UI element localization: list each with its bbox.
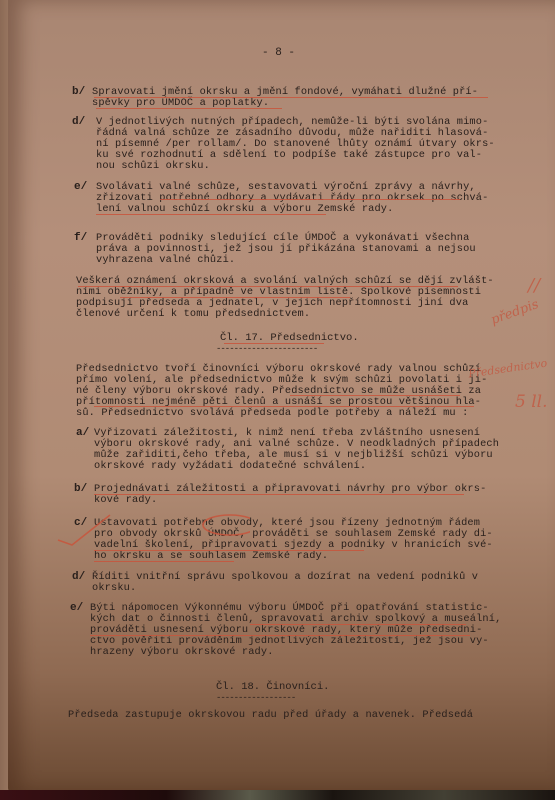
item-line: práva a povinnosti, jež jsou jí přikázán… xyxy=(96,244,476,255)
paragraph-line: Veškerá oznámení okrsková a svolání valn… xyxy=(76,276,494,287)
paragraph-line: přímo volení, ale předsednictvo může k s… xyxy=(76,375,487,386)
item-line: řádná valná schůze ze zásadního důvodu, … xyxy=(96,128,488,139)
item-label: e/ xyxy=(70,602,83,614)
item-line: kých dat o činnosti členů, spravovati ar… xyxy=(90,614,501,625)
margin-annotation: 5 ll. xyxy=(515,392,548,412)
item-line: Svolávati valné schůze, sestavovati výro… xyxy=(96,182,476,193)
item-line: okrskové rady vyžádati dodatečné schvále… xyxy=(94,461,366,472)
section-heading: Čl. 18. Činovníci. xyxy=(216,681,329,693)
item-label: a/ xyxy=(76,427,89,439)
item-line: spěvky pro ÚMDOČ a poplatky. xyxy=(92,98,269,109)
red-underline xyxy=(94,406,474,407)
red-underline xyxy=(96,108,282,109)
red-underline xyxy=(78,286,458,287)
item-line: Vyřizovati záležitosti, k nimž není třeb… xyxy=(94,428,480,439)
red-underline xyxy=(94,97,488,98)
item-line: kové rady. xyxy=(94,495,157,506)
red-circle-and-checkmark xyxy=(50,505,250,555)
item-label: d/ xyxy=(72,116,85,128)
paragraph-line: Předsednictvo tvoří činovníci výboru okr… xyxy=(76,364,481,375)
item-line: lení valnou schůzí okrsku a výboru Zemsk… xyxy=(96,204,393,215)
item-line: Prováděti podniky sledující cíle ÚMDOČ a… xyxy=(96,233,469,244)
background-below-page xyxy=(0,790,555,800)
item-line: V jednotlivých nutných případech, nemůže… xyxy=(96,117,488,128)
item-line: Projednávati záležitosti a připravovati … xyxy=(94,484,486,495)
item-line: prováděti usnesení výboru okrskové rady,… xyxy=(90,625,482,636)
item-line: okrsku. xyxy=(92,583,136,594)
margin-annotation: // xyxy=(528,275,540,296)
item-label: b/ xyxy=(72,86,85,98)
item-line: ctvo pověřiti prováděním jednotlivých zá… xyxy=(90,636,489,647)
item-line: nou schůzi okrsku. xyxy=(96,161,210,172)
red-underline xyxy=(120,297,350,298)
red-underline xyxy=(250,624,466,625)
item-line: může zařiditi,čeho třeba, ale musí si v … xyxy=(94,450,493,461)
item-line: ku své rozhodnutí a sdělení to podpíše t… xyxy=(96,150,482,161)
red-underline xyxy=(224,343,324,344)
red-underline xyxy=(290,395,460,396)
item-line: výboru okrskové rady, ani valné schůze. … xyxy=(94,439,499,450)
item-label: b/ xyxy=(74,483,87,495)
heading-underline: ------------------ xyxy=(216,693,295,703)
item-line: ní písemné /per rollam/. Do stanovené lh… xyxy=(96,139,495,150)
item-label: d/ xyxy=(72,571,85,583)
paragraph-line: členové určení k tomu předsednictvem. xyxy=(76,309,310,320)
item-line: Spravovati jmění okrsku a jmění fondové,… xyxy=(92,87,478,98)
item-line: vyhrazena valné chůzi. xyxy=(96,255,235,266)
red-underline xyxy=(90,635,470,636)
red-underline xyxy=(94,494,464,495)
item-label: e/ xyxy=(74,181,87,193)
item-line: hrazeny výboru okrskové rady. xyxy=(90,647,274,658)
item-line: Říditi vnitřní správu spolkovou a dozíra… xyxy=(92,572,478,583)
item-line: Býti nápomocen Výkonnému výboru ÚMDOČ př… xyxy=(90,603,489,614)
paragraph-line: Předseda zastupuje okrskovou radu před ú… xyxy=(68,710,473,721)
paragraph-line: sů. Předsednictvo svolává předseda podle… xyxy=(76,408,468,419)
red-underline xyxy=(96,214,326,215)
paragraph-line: ními oběžníky, a případně ve vlastním li… xyxy=(76,287,481,298)
page-number: - 8 - xyxy=(262,47,295,59)
item-label: f/ xyxy=(74,232,87,244)
red-underline xyxy=(160,199,460,200)
heading-underline: ----------------------- xyxy=(216,344,317,354)
paragraph-line: podpisují předseda a jednatel, v jejich … xyxy=(76,298,468,309)
red-underline xyxy=(94,561,234,562)
